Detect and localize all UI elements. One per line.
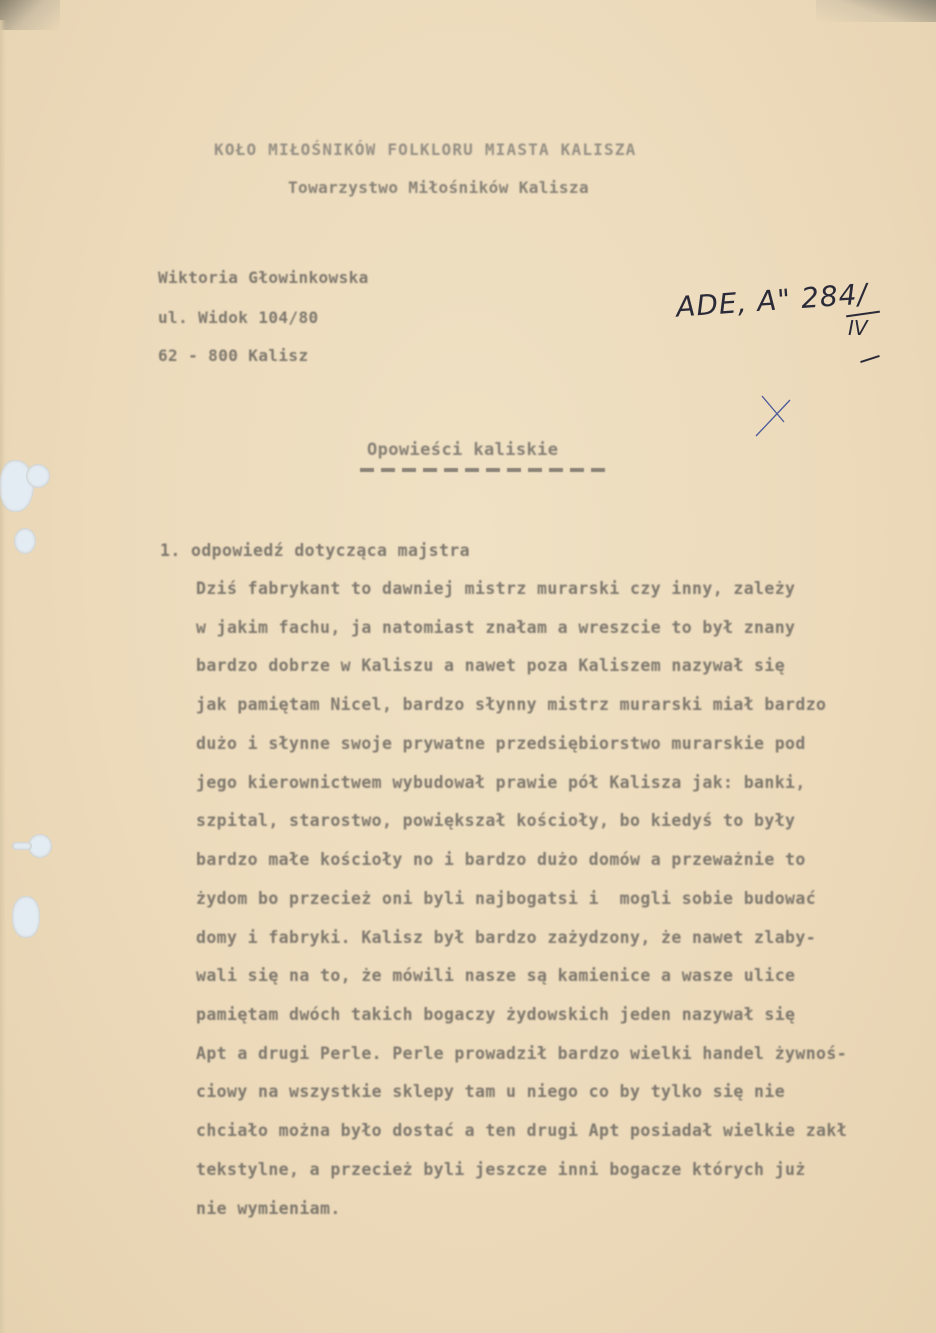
document-title: Opowieści kaliskie	[367, 440, 558, 460]
section-heading: 1. odpowiedź dotycząca majstra	[160, 541, 470, 560]
blue-x-mark-icon	[754, 392, 794, 438]
punch-hole	[12, 842, 32, 850]
scan-shadow-top-right	[816, 0, 936, 22]
archive-volume: IV	[848, 316, 868, 340]
title-dashed-underline	[360, 468, 606, 472]
page-left-edge	[0, 20, 6, 1333]
author-street: ul. Widok 104/80	[158, 308, 319, 327]
body-line: żydom bo przecież oni byli najbogatsi i …	[196, 889, 816, 908]
body-line: szpital, starostwo, powiększał kościoły,…	[196, 811, 795, 830]
scan-shadow-top-left	[0, 0, 60, 30]
body-line: ciowy na wszystkie sklepy tam u niego co…	[196, 1082, 785, 1101]
punch-hole	[26, 464, 50, 488]
body-line: bardzo dobrze w Kaliszu a nawet poza Kal…	[196, 656, 785, 675]
body-line: wali się na to, że mówili nasze są kamie…	[196, 966, 795, 985]
organization-header: KOŁO MIŁOŚNIKÓW FOLKLORU MIASTA KALISZA	[214, 140, 636, 159]
body-line: w jakim fachu, ja natomiast znałam a wre…	[196, 618, 795, 637]
body-line: jego kierownictwem wybudował prawie pół …	[196, 773, 806, 792]
body-line: tekstylne, a przecież byli jeszcze inni …	[196, 1160, 806, 1179]
scanned-document-page: KOŁO MIŁOŚNIKÓW FOLKLORU MIASTA KALISZA …	[0, 0, 936, 1333]
body-line: jak pamiętam Nicel, bardzo słynny mistrz…	[196, 695, 826, 714]
author-city: 62 - 800 Kalisz	[158, 346, 309, 365]
punch-hole	[14, 528, 36, 554]
body-line: dużo i słynne swoje prywatne przedsiębio…	[196, 734, 806, 753]
punch-hole	[12, 896, 40, 938]
body-line: nie wymieniam.	[196, 1199, 341, 1218]
society-subheader: Towarzystwo Miłośników Kalisza	[288, 178, 589, 197]
pencil-dash	[860, 355, 880, 363]
author-name: Wiktoria Głowinkowska	[158, 268, 369, 287]
body-line: domy i fabryki. Kalisz był bardzo zażydz…	[196, 928, 816, 947]
body-line: Apt a drugi Perle. Perle prowadził bardz…	[196, 1044, 847, 1063]
body-line: pamiętam dwóch takich bogaczy żydowskich…	[196, 1005, 795, 1024]
body-line: Dziś fabrykant to dawniej mistrz murarsk…	[196, 579, 795, 598]
body-line: chciało można było dostać a ten drugi Ap…	[196, 1121, 847, 1140]
archive-signature: ADE, A" 284/	[675, 277, 869, 323]
body-line: bardzo małe kościoły no i bardzo dużo do…	[196, 850, 806, 869]
